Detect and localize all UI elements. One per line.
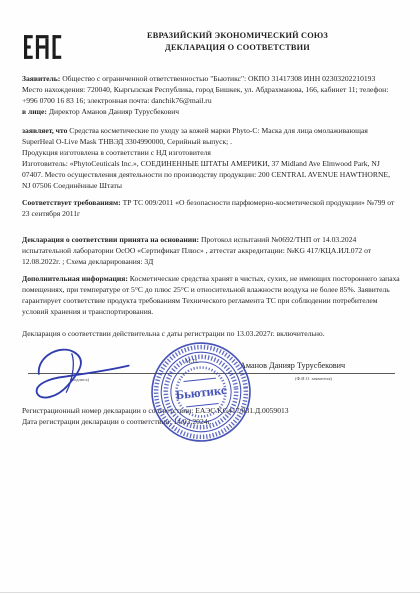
declarant-name: Аманов Данияр Турусбекович xyxy=(240,361,400,370)
title-union: ЕВРАЗИЙСКИЙ ЭКОНОМИЧЕСКИЙ СОЮЗ xyxy=(105,30,370,42)
applicant-person-label: в лице: xyxy=(22,107,47,116)
product-text: Средства косметические по уходу за кожей… xyxy=(22,126,368,146)
company-stamp: Бьютикс xyxy=(145,336,257,448)
made-text: Продукция изготовлена в соответствии с Н… xyxy=(22,148,211,157)
declaration-section: заявляет, что Средства косметические по … xyxy=(22,126,400,191)
title-declaration: ДЕКЛАРАЦИЯ О СООТВЕТСТВИИ xyxy=(105,42,370,54)
manufacturer-text: Изготовитель: «PhytoCeuticals Inc.», СОЕ… xyxy=(22,159,390,190)
declares-label: заявляет, что xyxy=(22,126,67,135)
signature-block: М.П. (подпись) Аманов Данияр Турусбекови… xyxy=(0,340,420,450)
stamp-company-name: Бьютикс xyxy=(175,383,228,402)
document-title: ЕВРАЗИЙСКИЙ ЭКОНОМИЧЕСКИЙ СОЮЗ ДЕКЛАРАЦИ… xyxy=(105,30,370,53)
compliance-label: Соответствует требованиям: xyxy=(22,198,121,207)
compliance-section: Соответствует требованиям: ТР ТС 009/201… xyxy=(22,198,400,220)
applicant-address: Место нахождения: 720040, Кыргызская Рес… xyxy=(22,85,388,105)
applicant-section: Заявитель: Общество с ограниченной ответ… xyxy=(22,74,400,118)
eac-logo-icon xyxy=(24,27,62,67)
page-bottom-edge xyxy=(0,592,420,593)
declarant-name-caption: (Ф.И.О. заявителя) xyxy=(295,376,332,381)
handwritten-signature-icon xyxy=(26,340,136,406)
applicant-label: Заявитель: xyxy=(22,74,60,83)
basis-section: Декларация о соответствии принята на осн… xyxy=(22,235,400,268)
applicant-text: Общество с ограниченной ответственностью… xyxy=(62,74,375,83)
applicant-person: Директор Аманов Данияр Турусбекович xyxy=(49,107,179,116)
validity-text: Декларация о соответствии действительна … xyxy=(22,329,400,340)
additional-info-section: Дополнительная информация: Косметические… xyxy=(22,274,400,318)
basis-label: Декларация о соответствии принята на осн… xyxy=(22,235,199,244)
additional-label: Дополнительная информация: xyxy=(22,274,128,283)
declaration-document: ЕВРАЗИЙСКИЙ ЭКОНОМИЧЕСКИЙ СОЮЗ ДЕКЛАРАЦИ… xyxy=(0,0,420,594)
